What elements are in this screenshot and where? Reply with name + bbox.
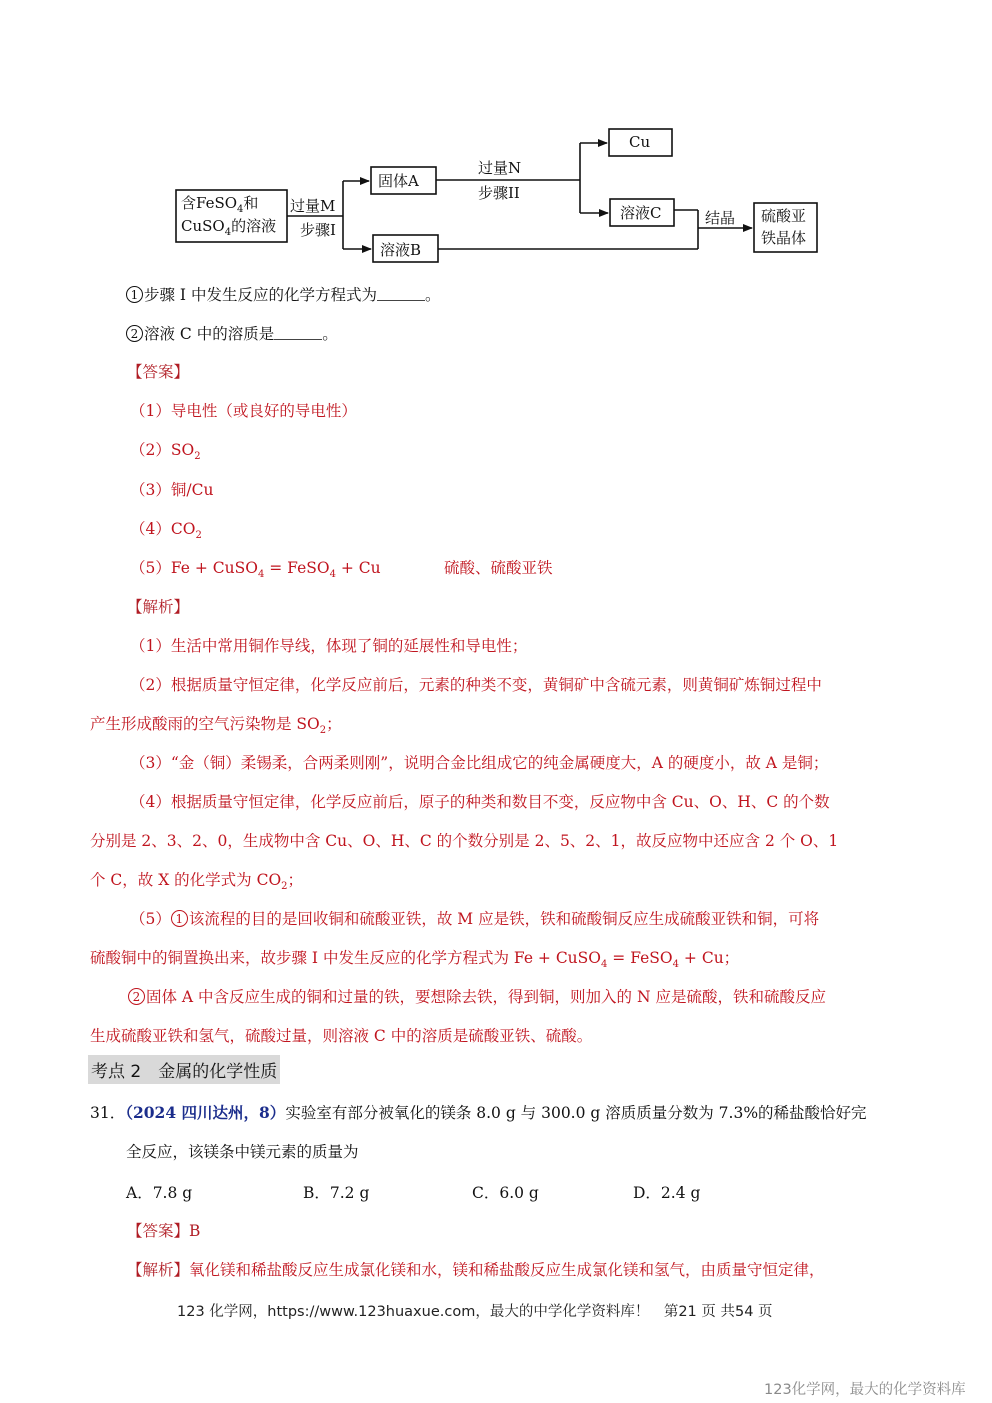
item-number: （5） (130, 910, 171, 928)
analysis-p4-line1: （4）根据质量守恒定律，化学反应前后，原子的种类和数目不变，反应物中含 Cu、O… (130, 792, 830, 812)
section-heading: 考点 2 金属的化学性质 (88, 1055, 280, 1084)
flow-diagram (0, 0, 992, 280)
answer-label: 【答案】 (127, 362, 189, 382)
subscript: 2 (194, 451, 200, 462)
solution-b-label: 溶液B (380, 239, 421, 260)
text: 该流程的目的是回收铜和硫酸亚铁，故 M 应是铁，铁和硫酸铜反应生成硫酸亚铁和铜，… (189, 910, 819, 928)
question-1: 1步骤 I 中发生反应的化学方程式为。 (126, 285, 441, 305)
option-b: B．7.2 g (303, 1183, 369, 1203)
punct: 。 (425, 286, 441, 304)
text: 硫酸铜中的铜置换出来，故步骤 I 中发生反应的化学方程式为 Fe + CuSO (90, 949, 601, 967)
item-text: 导电性（或良好的导电性） (171, 402, 357, 420)
solution-c-label: 溶液C (620, 202, 661, 223)
step2-reagent-label: 过量N (478, 157, 521, 178)
text: = FeSO (607, 949, 672, 967)
analysis-p2-line1: （2）根据质量守恒定律，化学反应前后，元素的种类不变，黄铜矿中含硫元素，则黄铜矿… (130, 675, 822, 695)
option-a: A．7.8 g (126, 1183, 192, 1203)
analysis-p4-line3: 个 C，故 X 的化学式为 CO2； (90, 870, 303, 890)
question-1-text: 步骤 I 中发生反应的化学方程式为 (144, 286, 377, 304)
source-line1-text: 含FeSO (181, 194, 237, 212)
answer-item-3: （3）铜/Cu (130, 480, 213, 500)
analysis-p6-line2: 生成硫酸亚铁和氢气，硫酸过量，则溶液 C 中的溶质是硫酸亚铁、硫酸。 (90, 1026, 592, 1046)
step1-reagent-label: 过量M (290, 195, 335, 216)
text: + Cu； (679, 949, 739, 967)
analysis-p5-line1: （5）1该流程的目的是回收铜和硫酸亚铁，故 M 应是铁，铁和硫酸铜反应生成硫酸亚… (130, 909, 819, 929)
answer-item-5: （5）Fe + CuSO4 = FeSO4 + Cu (130, 558, 381, 578)
formula: SO (171, 441, 194, 459)
punct: ； (288, 871, 304, 889)
question-31-line2: 全反应，该镁条中镁元素的质量为 (126, 1142, 359, 1162)
question-2-text: 溶液 C 中的溶质是 (144, 325, 274, 343)
question-2: 2溶液 C 中的溶质是。 (126, 324, 338, 344)
answer-item-4: （4）CO2 (130, 519, 202, 539)
analysis-p4-line2: 分别是 2、3、2、0，生成物中含 Cu、O、H、C 的个数分别是 2、5、2、… (90, 831, 838, 851)
question-number: 31． (90, 1104, 125, 1122)
punct: ； (326, 715, 342, 733)
equation-part: Fe + CuSO (171, 559, 258, 577)
item-number: （5） (130, 559, 171, 577)
answer-value: B (189, 1222, 200, 1240)
text: 产生形成酸雨的空气污染物是 SO (90, 715, 320, 733)
item-number: （3） (130, 481, 171, 499)
source-box-label: 含FeSO4和 CuSO4的溶液 (181, 192, 276, 238)
text: 个 C，故 X 的化学式为 CO (90, 871, 281, 889)
cu-label: Cu (629, 133, 650, 151)
item-text: 铜/Cu (171, 481, 214, 499)
answer-item-1: （1）导电性（或良好的导电性） (130, 401, 357, 421)
q31-analysis: 【解析】氧化镁和稀盐酸反应生成氯化镁和水，镁和稀盐酸反应生成氯化镁和氢气，由质量… (127, 1260, 825, 1280)
product-label: 硫酸亚 铁晶体 (761, 205, 806, 249)
circled-number-1: 1 (171, 910, 188, 927)
circled-number-2: 2 (126, 325, 143, 342)
answer-item-2: （2）SO2 (130, 440, 201, 460)
analysis-p5-line2: 硫酸铜中的铜置换出来，故步骤 I 中发生反应的化学方程式为 Fe + CuSO4… (90, 948, 739, 968)
analysis-p1: （1）生活中常用铜作导线，体现了铜的延展性和导电性； (130, 636, 527, 656)
source-line2-text: CuSO (181, 217, 225, 235)
product-line2: 铁晶体 (761, 227, 806, 249)
source-line1-suffix: 和 (243, 194, 258, 212)
step1-label: 步骤I (300, 219, 336, 240)
item-number: （4） (130, 520, 171, 538)
option-d: D．2.4 g (633, 1183, 700, 1203)
analysis-text: 氧化镁和稀盐酸反应生成氯化镁和水，镁和稀盐酸反应生成氯化镁和氢气，由质量守恒定律… (189, 1261, 825, 1279)
formula: CO (171, 520, 196, 538)
source-line2-suffix: 的溶液 (231, 217, 276, 235)
item-number: （1） (130, 402, 171, 420)
answer-blank (377, 286, 425, 301)
analysis-label: 【解析】 (127, 1261, 189, 1279)
answer-item-5-extra: 硫酸、硫酸亚铁 (444, 558, 553, 578)
analysis-p2-line2: 产生形成酸雨的空气污染物是 SO2； (90, 714, 342, 734)
equation-part: = FeSO (264, 559, 329, 577)
solid-a-label: 固体A (378, 170, 419, 191)
page-footer: 123 化学网，https://www.123huaxue.com，最大的中学化… (177, 1300, 773, 1321)
step2-label: 步骤II (478, 182, 520, 203)
analysis-p3: （3）“金（铜）柔锡柔，合两柔则刚”，说明合金比组成它的纯金属硬度大，A 的硬度… (130, 753, 828, 773)
question-31-line1: 31．（2024 四川达州，8）实验室有部分被氧化的镁条 8.0 g 与 300… (90, 1103, 867, 1123)
circled-number-1: 1 (126, 286, 143, 303)
circled-number-2: 2 (128, 988, 145, 1005)
analysis-p6-line1: 2固体 A 中含反应生成的铜和过量的铁，要想除去铁，得到铜，则加入的 N 应是硫… (128, 987, 826, 1007)
question-text: 实验室有部分被氧化的镁条 8.0 g 与 300.0 g 溶质质量分数为 7.3… (285, 1104, 866, 1122)
product-line1: 硫酸亚 (761, 205, 806, 227)
answer-blank (274, 325, 322, 340)
q31-answer: 【答案】B (127, 1221, 200, 1241)
text: 固体 A 中含反应生成的铜和过量的铁，要想除去铁，得到铜，则加入的 N 应是硫酸… (146, 988, 826, 1006)
crystallize-label: 结晶 (705, 207, 735, 228)
equation-part: + Cu (336, 559, 381, 577)
punct: 。 (322, 325, 338, 343)
question-source: （2024 四川达州，8） (125, 1103, 285, 1122)
watermark: 123化学网，最大的化学资料库 (764, 1378, 966, 1399)
option-c: C．6.0 g (472, 1183, 539, 1203)
answer-label: 【答案】 (127, 1222, 189, 1240)
item-number: （2） (130, 441, 171, 459)
analysis-label: 【解析】 (127, 597, 189, 617)
subscript: 2 (195, 530, 201, 541)
